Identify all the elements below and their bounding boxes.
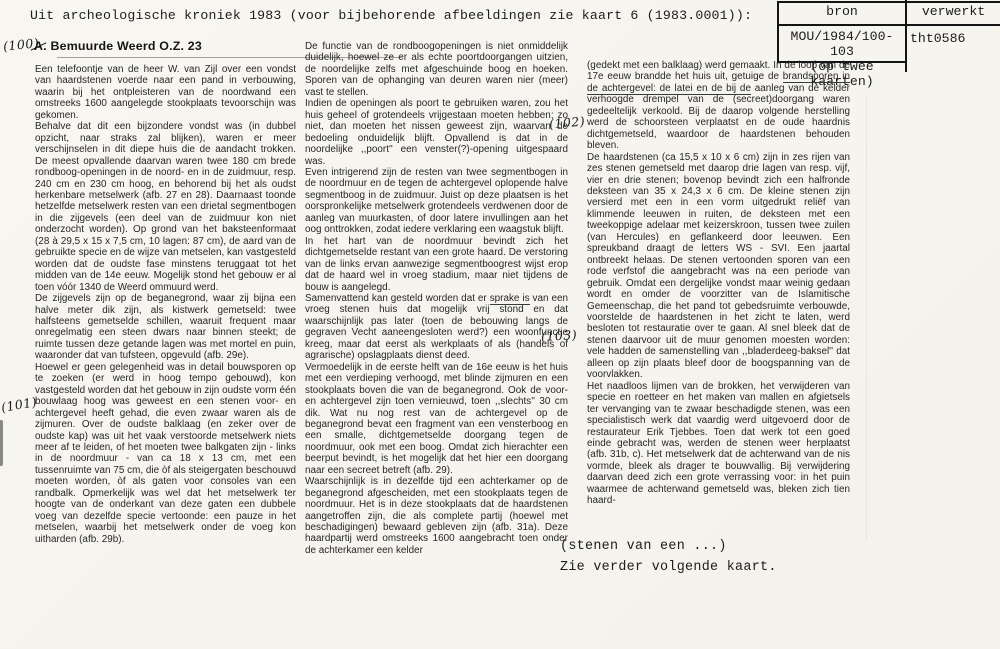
paragraph: Waarschijnlijk is in dezelfde tijd een a… <box>305 476 568 556</box>
paragraph: Het naadloos lijmen van de brokken, het … <box>587 381 850 507</box>
paragraph: (gedekt met een balklaag) werd gemaakt. … <box>587 60 850 152</box>
text-column-3: (gedekt met een balklaag) werd gemaakt. … <box>587 60 850 507</box>
paragraph: In het hart van de noordmuur bevindt zic… <box>305 236 568 293</box>
table-top-border <box>777 1 1000 3</box>
bron-value-line1: MOU/1984/100-103 <box>779 29 905 59</box>
section-heading: A. Bemuurde Weerd O.Z. 23 <box>34 39 202 53</box>
column-header-verwerkt: verwerkt <box>907 4 1000 19</box>
heading-number-struck: A. <box>34 39 47 53</box>
paragraph: Indien de openingen als poort te gebruik… <box>305 98 568 167</box>
text-column-2: De functie van de rondboogopeningen is n… <box>305 41 568 556</box>
typed-addendum: (stenen van een ...) Zie verder volgende… <box>560 537 777 578</box>
underlined-phrase: sprake is <box>490 293 530 305</box>
paragraph: Hoewel er geen gelegenheid was in detail… <box>35 362 296 545</box>
column-header-bron: bron <box>779 4 905 19</box>
table-header-divider <box>777 24 1000 26</box>
margin-annotation-101: (101) <box>0 394 38 415</box>
heading-text: Bemuurde Weerd O.Z. 23 <box>50 39 202 53</box>
paragraph: Samenvattend kan gesteld worden dat er s… <box>305 293 568 362</box>
scanned-document-page: Uit archeologische kroniek 1983 (voor bi… <box>0 0 1000 649</box>
addendum-line1: (stenen van een ...) <box>560 537 777 558</box>
addendum-line2: Zie verder volgende kaart. <box>560 558 777 579</box>
page-title: Uit archeologische kroniek 1983 (voor bi… <box>30 8 775 23</box>
paragraph: Behalve dat dit een bijzondere vondst wa… <box>35 121 296 293</box>
paragraph: Even intrigerend zijn de resten van twee… <box>305 167 568 236</box>
verwerkt-value: tht0586 <box>908 31 1000 46</box>
scan-fold-line <box>866 95 867 540</box>
paragraph: De zijgevels zijn op de beganegrond, waa… <box>35 293 296 362</box>
text-column-1: Een telefoontje van de heer W. van Zijl … <box>35 64 296 545</box>
paragraph: De haardstenen (ca 15,5 x 10 x 6 cm) zij… <box>587 152 850 381</box>
paragraph: Een telefoontje van de heer W. van Zijl … <box>35 64 296 121</box>
paragraph: Vermoedelijk in de eerste helft van de 1… <box>305 362 568 477</box>
paragraph-fragment: Samenvattend kan gesteld worden dat er <box>305 293 490 304</box>
scan-edge-smudge <box>0 420 3 466</box>
paragraph: De functie van de rondboogopeningen is n… <box>305 41 568 98</box>
